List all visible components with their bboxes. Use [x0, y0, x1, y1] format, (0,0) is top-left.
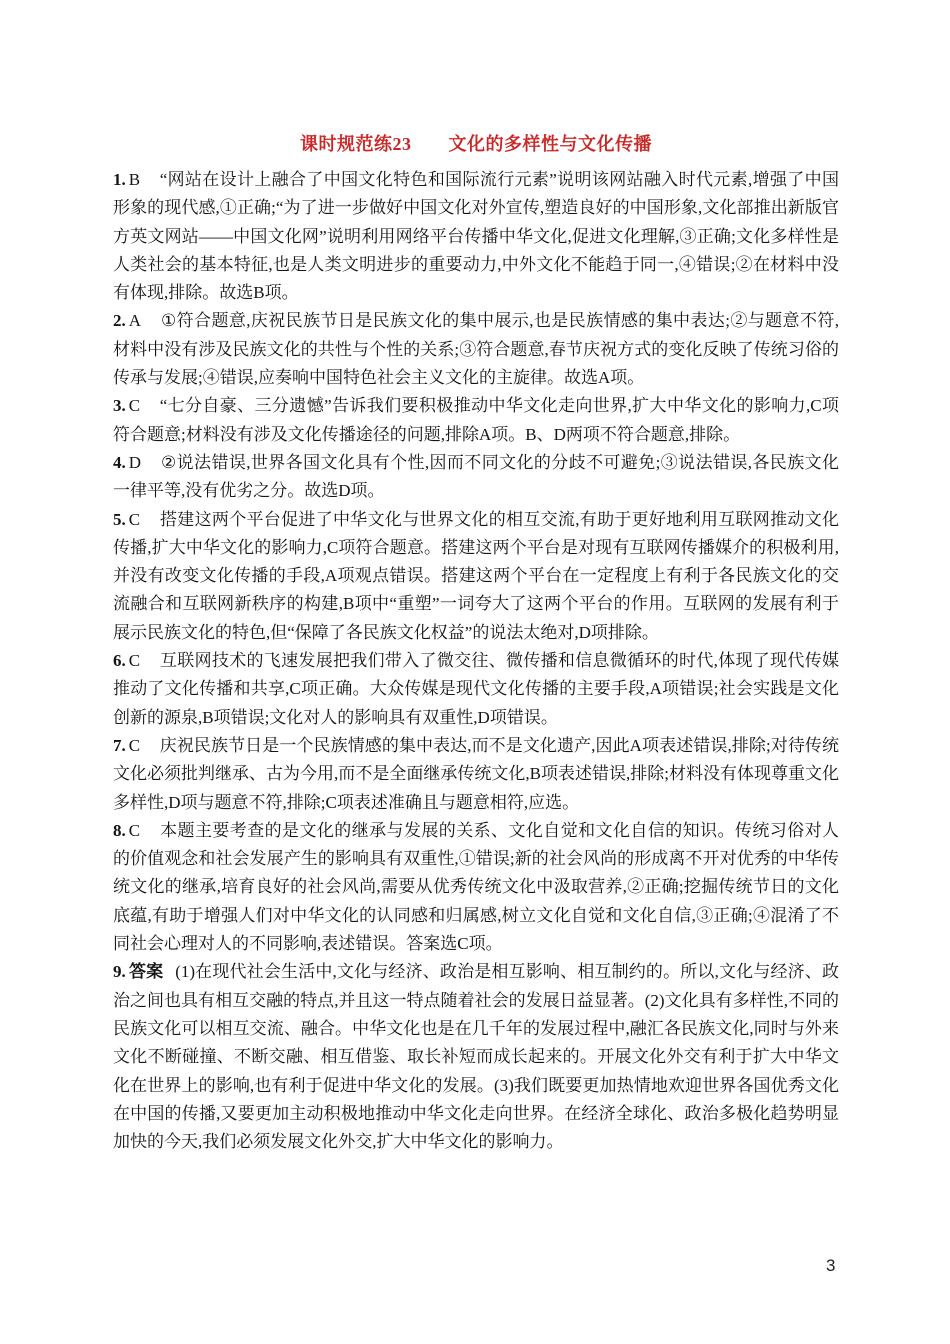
answer-choice: 答案 — [129, 962, 164, 981]
answer-number: 2. — [113, 311, 126, 330]
answer-text: ①符合题意,庆祝民族节日是民族文化的集中展示,也是民族情感的集中表达;②与题意不… — [113, 311, 839, 387]
page-number: 3 — [826, 1256, 835, 1276]
answer-number: 9. — [113, 962, 126, 981]
answer-text: 搭建这两个平台促进了中华文化与世界文化的相互交流,有助于更好地利用互联网推动文化… — [113, 510, 839, 642]
page-title: 课时规范练23 文化的多样性与文化传播 — [113, 130, 839, 158]
answer-choice: B — [129, 170, 140, 189]
answer-choice: C — [129, 510, 140, 529]
content-area: 课时规范练23 文化的多样性与文化传播 1.B“网站在设计上融合了中国文化特色和… — [113, 130, 839, 1156]
answer-number: 4. — [113, 453, 126, 472]
answer-choice: D — [129, 453, 141, 472]
answer-text: “七分自豪、三分遗憾”告诉我们要积极推动中华文化走向世界,扩大中华文化的影响力,… — [113, 396, 839, 443]
answer-choice: C — [129, 396, 140, 415]
answer-item-5: 5.C搭建这两个平台促进了中华文化与世界文化的相互交流,有助于更好地利用互联网推… — [113, 506, 839, 647]
document-page: 课时规范练23 文化的多样性与文化传播 1.B“网站在设计上融合了中国文化特色和… — [0, 0, 950, 1344]
answer-item-1: 1.B“网站在设计上融合了中国文化特色和国际流行元素”说明该网站融入时代元素,增… — [113, 166, 839, 307]
answer-text: “网站在设计上融合了中国文化特色和国际流行元素”说明该网站融入时代元素,增强了中… — [113, 170, 839, 302]
answer-item-6: 6.C互联网技术的飞速发展把我们带入了微交往、微传播和信息微循环的时代,体现了现… — [113, 647, 839, 732]
answer-choice: A — [129, 311, 141, 330]
answer-number: 8. — [113, 821, 126, 840]
answer-number: 6. — [113, 651, 126, 670]
answer-choice: C — [129, 736, 140, 755]
answer-text: 庆祝民族节日是一个民族情感的集中表达,而不是文化遗产,因此A项表述错误,排除;对… — [113, 736, 839, 812]
answer-item-7: 7.C庆祝民族节日是一个民族情感的集中表达,而不是文化遗产,因此A项表述错误,排… — [113, 732, 839, 817]
answer-item-8: 8.C本题主要考查的是文化的继承与发展的关系、文化自觉和文化自信的知识。传统习俗… — [113, 817, 839, 958]
answer-choice: C — [129, 651, 140, 670]
answer-item-9: 9.答案(1)在现代社会生活中,文化与经济、政治是相互影响、相互制约的。所以,文… — [113, 958, 839, 1156]
answer-number: 5. — [113, 510, 126, 529]
answer-text: ②说法错误,世界各国文化具有个性,因而不同文化的分歧不可避免;③说法错误,各民族… — [113, 453, 839, 500]
answer-number: 3. — [113, 396, 126, 415]
answer-item-4: 4.D②说法错误,世界各国文化具有个性,因而不同文化的分歧不可避免;③说法错误,… — [113, 449, 839, 506]
answer-text: (1)在现代社会生活中,文化与经济、政治是相互影响、相互制约的。所以,文化与经济… — [113, 962, 839, 1151]
answer-text: 互联网技术的飞速发展把我们带入了微交往、微传播和信息微循环的时代,体现了现代传媒… — [113, 651, 839, 727]
answer-number: 1. — [113, 170, 126, 189]
answer-item-2: 2.A①符合题意,庆祝民族节日是民族文化的集中展示,也是民族情感的集中表达;②与… — [113, 307, 839, 392]
answer-number: 7. — [113, 736, 126, 755]
answer-choice: C — [129, 821, 140, 840]
answer-item-3: 3.C“七分自豪、三分遗憾”告诉我们要积极推动中华文化走向世界,扩大中华文化的影… — [113, 392, 839, 449]
answer-text: 本题主要考查的是文化的继承与发展的关系、文化自觉和文化自信的知识。传统习俗对人的… — [113, 821, 839, 953]
